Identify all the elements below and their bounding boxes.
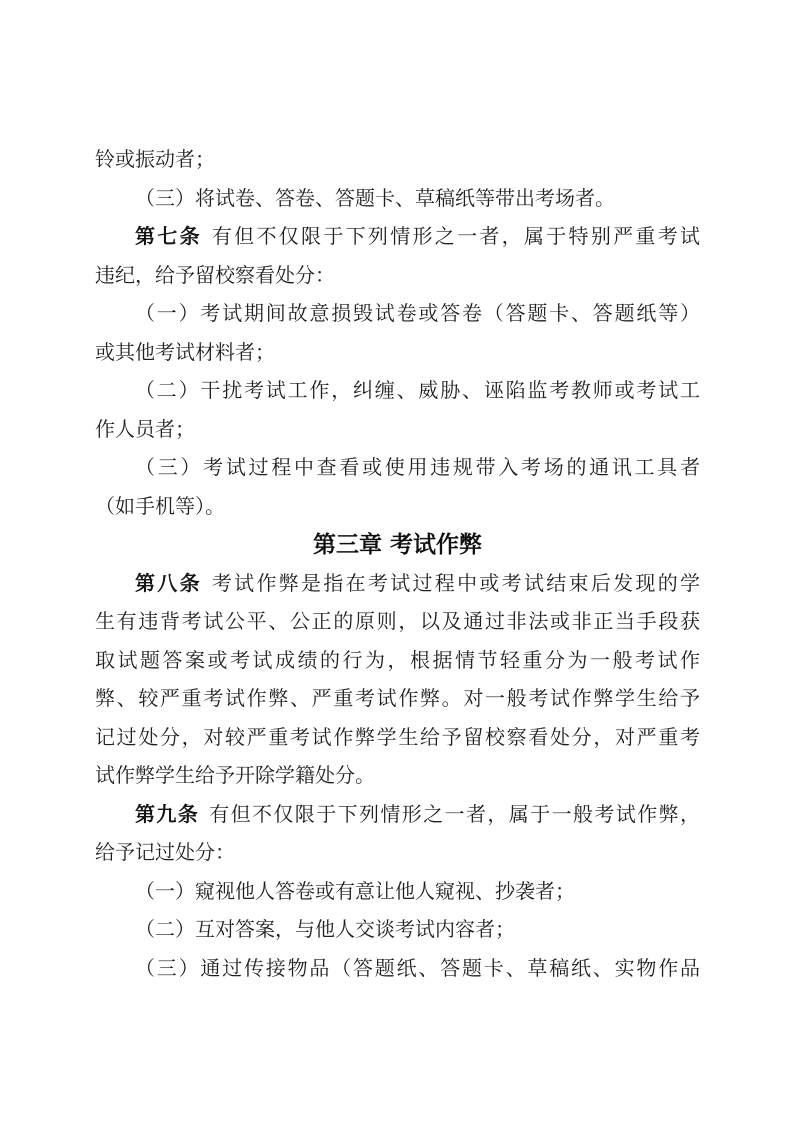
text-line: 生有违背考试公平、公正的原则，以及通过非法或非正当手段获 (95, 603, 700, 642)
text-line: 记过处分，对较严重考试作弊学生给予留校察看处分，对严重考 (95, 719, 700, 758)
text-line: 给予记过处分： (95, 834, 700, 873)
line-text: 有但不仅限于下列情形之一者，属于一般考试作弊， (209, 804, 700, 826)
article-number: 第七条 (135, 226, 202, 248)
line-text: （三）将试卷、答卷、答题卡、草稿纸等带出考场者。 (135, 188, 615, 210)
line-text: 弊、较严重考试作弊、严重考试作弊。对一般考试作弊学生给予 (95, 688, 700, 710)
line-text: 试作弊学生给予开除学籍处分。 (95, 765, 375, 787)
text-line: （一）考试期间故意损毁试卷或答卷（答题卡、答题纸等） (95, 295, 700, 334)
text-line: 违纪，给予留校察看处分： (95, 257, 700, 296)
article-number: 第八条 (135, 573, 202, 595)
text-line: （一）窥视他人答卷或有意让他人窥视、抄袭者； (95, 873, 700, 912)
text-line: （三）将试卷、答卷、答题卡、草稿纸等带出考场者。 (95, 180, 700, 219)
article-line: 第七条有但不仅限于下列情形之一者，属于特别严重考试 (95, 218, 700, 257)
line-text: 违纪，给予留校察看处分： (95, 265, 335, 287)
chapter-heading: 第三章 考试作弊 (95, 526, 700, 565)
article-number: 第九条 (135, 804, 199, 826)
line-text: （二）干扰考试工作，纠缠、威胁、诬陷监考教师或考试工 (135, 380, 700, 402)
line-text: （如手机等）。 (95, 496, 225, 518)
line-text: （一）考试期间故意损毁试卷或答卷（答题卡、答题纸等） (135, 303, 700, 325)
line-text: 生有违背考试公平、公正的原则，以及通过非法或非正当手段获 (95, 611, 700, 633)
article-line: 第八条考试作弊是指在考试过程中或考试结束后发现的学 (95, 565, 700, 604)
line-text: 取试题答案或考试成绩的行为，根据情节轻重分为一般考试作 (95, 650, 700, 672)
text-line: （二）互对答案，与他人交谈考试内容者； (95, 911, 700, 950)
line-text: 考试作弊是指在考试过程中或考试结束后发现的学 (212, 573, 700, 595)
line-text: 记过处分，对较严重考试作弊学生给予留校察看处分，对严重考 (95, 727, 700, 749)
line-text: 有但不仅限于下列情形之一者，属于特别严重考试 (212, 226, 700, 248)
line-text: （二）互对答案，与他人交谈考试内容者； (135, 919, 515, 941)
text-line: 取试题答案或考试成绩的行为，根据情节轻重分为一般考试作 (95, 642, 700, 681)
document-page: 铃或振动者；（三）将试卷、答卷、答题卡、草稿纸等带出考场者。第七条有但不仅限于下… (0, 0, 794, 1122)
text-line: 弊、较严重考试作弊、严重考试作弊。对一般考试作弊学生给予 (95, 680, 700, 719)
text-line: 或其他考试材料者； (95, 334, 700, 373)
text-line: 试作弊学生给予开除学籍处分。 (95, 757, 700, 796)
line-text: （一）窥视他人答卷或有意让他人窥视、抄袭者； (135, 881, 575, 903)
line-text: （三）通过传接物品（答题纸、答题卡、草稿纸、实物作品 (135, 958, 700, 980)
text-line: （三）通过传接物品（答题纸、答题卡、草稿纸、实物作品 (95, 950, 700, 989)
text-line: 铃或振动者； (95, 141, 700, 180)
text-line: （二）干扰考试工作，纠缠、威胁、诬陷监考教师或考试工 (95, 372, 700, 411)
text-line: （如手机等）。 (95, 488, 700, 527)
line-text: 作人员者； (95, 419, 195, 441)
text-line: （三）考试过程中查看或使用违规带入考场的通讯工具者 (95, 449, 700, 488)
document-body: 铃或振动者；（三）将试卷、答卷、答题卡、草稿纸等带出考场者。第七条有但不仅限于下… (95, 141, 700, 988)
line-text: 或其他考试材料者； (95, 342, 275, 364)
line-text: （三）考试过程中查看或使用违规带入考场的通讯工具者 (135, 457, 700, 479)
article-line: 第九条有但不仅限于下列情形之一者，属于一般考试作弊， (95, 796, 700, 835)
line-text: 给予记过处分： (95, 842, 235, 864)
line-text: 铃或振动者； (95, 149, 215, 171)
text-line: 作人员者； (95, 411, 700, 450)
